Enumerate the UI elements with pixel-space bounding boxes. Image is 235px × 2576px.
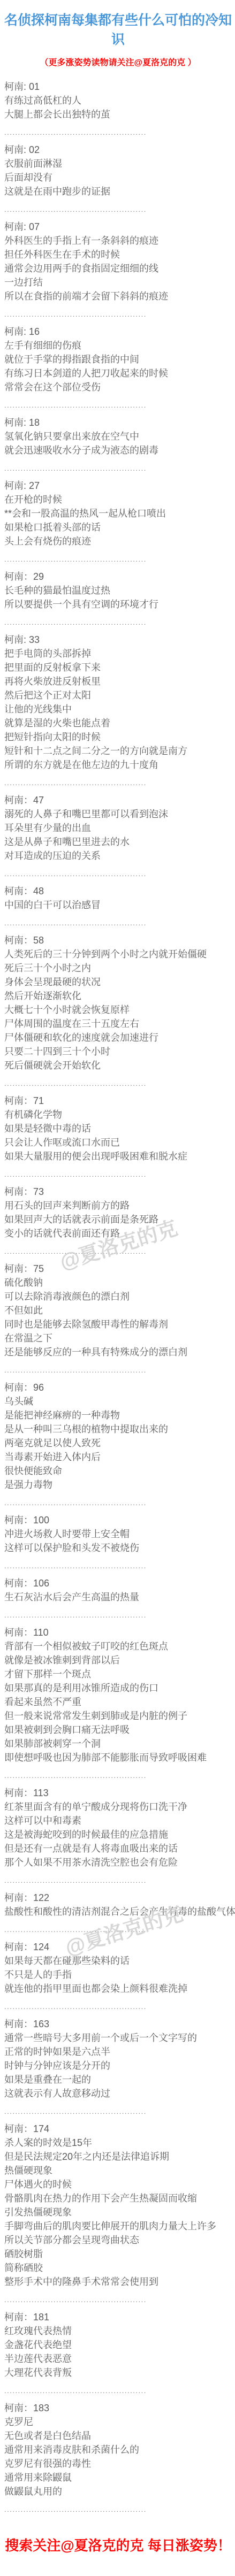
entry-line: 只会让人作呕或流口水而已	[4, 1136, 232, 1149]
entry-line: 是从一种叫三乌根的植物中提取出来的	[4, 1422, 232, 1436]
entry-line: 无色或者是白色结晶	[4, 2429, 232, 2443]
entry-label: 柯南: 07	[4, 220, 232, 234]
dotted-separator: ........................................…	[4, 1168, 232, 1182]
dotted-separator: ........................................…	[4, 616, 232, 630]
entry-line: 冲进火场救人时要带上安全帽	[4, 1527, 232, 1541]
entry-label: 柯南：106	[4, 1576, 232, 1590]
dotted-separator: ........................................…	[4, 867, 232, 881]
trivia-entry: 柯南：124如果每天都在碰那些染料的话不只是人的手指就连他的指甲里面也都会染上颜…	[4, 1940, 232, 2014]
entry-line: 长毛种的猫最怕温度过热	[4, 584, 232, 597]
entry-line: 如果那真的是利用冰锥所造成的伤口	[4, 1681, 232, 1695]
entry-label: 柯南：122	[4, 1891, 232, 1905]
entry-line: 就算是湿的火柴也能点着	[4, 716, 232, 730]
entry-line: 引发热僵硬现象	[4, 2205, 232, 2219]
entry-line: 中国的白干可以治感冒	[4, 898, 232, 912]
entry-line: **会和一股高温的热风一起从枪口喷出	[4, 507, 232, 520]
entry-line: 外科医生的手指上有一条斜斜的痕迹	[4, 234, 232, 248]
entry-line: 变小的话就代表前面还有路	[4, 1226, 232, 1240]
entry-line: 就像是被冰锥刺到背部以后	[4, 1653, 232, 1667]
entry-label: 柯南：71	[4, 1094, 232, 1108]
entry-label: 柯南: 27	[4, 479, 232, 493]
trivia-entry: 柯南：183克罗尼无色或者是白色结晶通常用来消毒皮肤和杀菌什么的克罗尼有很强的毒…	[4, 2401, 232, 2517]
entry-line: 有机磷化学物	[4, 1108, 232, 1122]
footer-banner: 搜索关注@夏洛克的克 每日涨姿势！	[4, 2535, 232, 2555]
entry-label: 柯南：75	[4, 1262, 232, 1276]
entry-line: 通常会边用两手的食指固定细细的线	[4, 262, 232, 275]
trivia-entry: 柯南：48中国的白干可以治感冒.........................…	[4, 884, 232, 930]
entry-line: 克罗尼有很强的毒性	[4, 2457, 232, 2471]
trivia-entry: 柯南：29长毛种的猫最怕温度过热所以要提供一个具有空调的环境才行........…	[4, 570, 232, 630]
entry-line: 整形手术中的隆鼻手术常常会使用到	[4, 2275, 232, 2289]
entry-line: 担任外科医生在手术的时候	[4, 248, 232, 262]
trivia-entry: 柯南: 16左手有细细的伤痕就位于手掌的拇指跟食指的中间有练习日本剑道的人把刀收…	[4, 325, 232, 412]
entry-line: 硒胶树脂	[4, 2247, 232, 2261]
entry-line: 通常用来消毒皮肤和杀菌什么的	[4, 2443, 232, 2457]
entry-line: 如果是重叠在一起的	[4, 2073, 232, 2087]
entry-line: 但是民法规定20年之内还是法律追诉期	[4, 2150, 232, 2164]
entry-label: 柯南：47	[4, 793, 232, 807]
entry-line: 这就是在雨中跑步的证据	[4, 185, 232, 198]
entry-label: 柯南：124	[4, 1940, 232, 1954]
entry-line: 才留下那样一个斑点	[4, 1667, 232, 1681]
trivia-entry: 柯南: 18氢氧化钠只要拿出来放在空气中就会迅速吸收水分子成为液态的剧毒....…	[4, 416, 232, 476]
entry-line: 然后把这个正对太阳	[4, 688, 232, 702]
entry-line: 有练过高低杠的人	[4, 94, 232, 108]
entry-line: 然后开始逐渐软化	[4, 989, 232, 1003]
entry-line: 这是被海蛇咬到的时候最佳的应急措施	[4, 1828, 232, 1842]
entry-line: 是强力毒物	[4, 1478, 232, 1492]
entry-line: 让他的光线集中	[4, 702, 232, 716]
dotted-separator: ........................................…	[4, 308, 232, 321]
trivia-entry: 柯南：174杀人案的时效是15年但是民法规定20年之内还是法律追诉期热僵硬现象尸…	[4, 2122, 232, 2307]
entry-line: 看起来虽然不严重	[4, 1695, 232, 1709]
trivia-entry: 柯南：110背部有一个相似被蚊子叮咬的红色斑点就像是被冰锥刺到背部以后才留下那样…	[4, 1626, 232, 1783]
trivia-entry: 柯南：113红茶里面含有的单宁酸成分现将伤口洗干净这样可以中和毒素这是被海蛇咬到…	[4, 1786, 232, 1888]
entry-line: 大理花代表背叛	[4, 2366, 232, 2380]
entry-line: 尸体周围的温度在三十五度左右	[4, 1017, 232, 1031]
entry-line: 红茶里面含有的单宁酸成分现将伤口洗干净	[4, 1800, 232, 1814]
entry-line: 人类死后的三十分钟到两个小时之内就开始僵硬	[4, 947, 232, 961]
entry-line: 正常的时钟如果是六点半	[4, 2045, 232, 2059]
entry-line: 对耳造成的压迫的关系	[4, 849, 232, 863]
entry-line: 就连他的指甲里面也都会染上颜料很难洗掉	[4, 1982, 232, 1996]
trivia-entry: 柯南：73用石头的回声来判断前方的路如果回声大的话就表示前面是条死路变小的话就代…	[4, 1185, 232, 1259]
trivia-entry: 柯南：100冲进火场救人时要带上安全帽这样可以保护脸和头发不被烧伤.......…	[4, 1513, 232, 1573]
entry-line: 热僵硬现象	[4, 2164, 232, 2178]
entry-line: 死后僵硬就会开始软化	[4, 1059, 232, 1072]
page-title: 名侦探柯南每集都有些什么可怕的冷知识	[4, 10, 232, 48]
entry-label: 柯南: 01	[4, 80, 232, 94]
dotted-separator: ........................................…	[4, 1363, 232, 1377]
entry-line: 即使想呼吸也因为肺部不能膨胀而导致呼吸困难	[4, 1751, 232, 1765]
dotted-separator: ........................................…	[4, 1608, 232, 1622]
entry-label: 柯南：29	[4, 570, 232, 584]
entry-line: 生石灰沾水后会产生高温的热量	[4, 1590, 232, 1604]
entry-line: 同时也是能够去除氢酸甲毒性的解毒剂	[4, 1317, 232, 1331]
conan-trivia-longimage: 名侦探柯南每集都有些什么可怕的冷知识 （更多涨姿势读物请关注@夏洛克的克 ） 柯…	[0, 0, 235, 2576]
entry-line: 在常温之下	[4, 1331, 232, 1345]
entry-line: 做鼹鼠丸用的	[4, 2485, 232, 2498]
entry-line: 再将火柴放进反射板里	[4, 674, 232, 688]
entry-line: 可以去除消毒液颜色的漂白剂	[4, 1290, 232, 1304]
entry-line: 死后三十个小时之内	[4, 961, 232, 975]
entry-line: 简称硒胶	[4, 2261, 232, 2275]
trivia-list: 柯南: 01有练过高低杠的人大腿上都会长出独特的茧...............…	[4, 80, 232, 2517]
dotted-separator: ........................................…	[4, 462, 232, 476]
entry-line: 克罗尼	[4, 2415, 232, 2429]
entry-line: 但是还有一点就是有人将毒血吸出来的话	[4, 1842, 232, 1856]
entry-line: 大概七十个小时就会恢复原样	[4, 1003, 232, 1017]
entry-label: 柯南：48	[4, 884, 232, 898]
trivia-entry: 柯南: 07外科医生的手指上有一条斜斜的痕迹担任外科医生在手术的时候通常会边用两…	[4, 220, 232, 321]
trivia-entry: 柯南: 33把手电筒的头部拆掉把里面的反射板拿下来再将火柴放进反射板里然后把这个…	[4, 633, 232, 790]
entry-line: 如果是轻微中毒的话	[4, 1122, 232, 1136]
entry-label: 柯南：174	[4, 2122, 232, 2136]
dotted-separator: ........................................…	[4, 553, 232, 566]
entry-line: 杀人案的时效是15年	[4, 2136, 232, 2150]
entry-line: 衣服前面淋湿	[4, 157, 232, 171]
dotted-separator: ........................................…	[4, 2384, 232, 2398]
entry-line: 常常会在这个部位受伤	[4, 380, 232, 394]
entry-line: 就会迅速吸收水分子成为液态的剧毒	[4, 443, 232, 457]
entry-line: 背部有一个相似被蚊子叮咬的红色斑点	[4, 1639, 232, 1653]
dotted-separator: ........................................…	[4, 916, 232, 930]
entry-line: 这样可以保护脸和头发不被烧伤	[4, 1541, 232, 1555]
entry-line: 在开枪的时候	[4, 493, 232, 507]
entry-line: 只要二十四到三十个小时	[4, 1045, 232, 1059]
entry-line: 半边莲代表恶意	[4, 2352, 232, 2366]
trivia-entry: 柯南：75硫化酸钠可以去除消毒液颜色的漂白剂不但如此同时也是能够去除氢酸甲毒性的…	[4, 1262, 232, 1377]
entry-line: 但一般来说常常发生刺到肺或是内脏的例子	[4, 1709, 232, 1723]
entry-line: 把短针指向太阳的时候	[4, 730, 232, 744]
entry-line: 金盏花代表绝望	[4, 2338, 232, 2352]
entry-line: 有练习日本剑道的人把刀收起来的时候	[4, 366, 232, 380]
entry-line: 这是从鼻子和嘴巴里进去的水	[4, 835, 232, 849]
entry-line: 用石头的回声来判断前方的路	[4, 1199, 232, 1213]
entry-line: 如果被刺到会胸口痛无法呼吸	[4, 1723, 232, 1737]
entry-line: 骨骼肌肉在热力的作用下会产生热凝固而收缩	[4, 2191, 232, 2205]
trivia-entry: 柯南：122盐酸性和酸性的清洁剂混合之后会产生有毒的盐酸气体..........…	[4, 1891, 232, 1937]
entry-line: 耳朵里有少量的出血	[4, 821, 232, 835]
entry-label: 柯南：110	[4, 1626, 232, 1639]
entry-line: 左手有细细的伤痕	[4, 339, 232, 352]
entry-line: 两毫克就足以使人致死	[4, 1436, 232, 1450]
entry-line: 溺死的人鼻子和嘴巴里都可以看到泡沫	[4, 807, 232, 821]
dotted-separator: ........................................…	[4, 2000, 232, 2014]
dotted-separator: ........................................…	[4, 2105, 232, 2119]
entry-line: 那个人如果不用茶水清洗空腔也会有危险	[4, 1856, 232, 1869]
trivia-entry: 柯南：106生石灰沾水后会产生高温的热量....................…	[4, 1576, 232, 1622]
entry-line: 如果大量服用的便会出现呼吸困难和脱水症	[4, 1149, 232, 1163]
entry-line: 身体会呈现最硬的状况	[4, 975, 232, 989]
dotted-separator: ........................................…	[4, 1559, 232, 1573]
dotted-separator: ........................................…	[4, 2503, 232, 2517]
entry-line: 不但如此	[4, 1304, 232, 1317]
entry-line: 是能把神经麻痹的一种毒物	[4, 1408, 232, 1422]
entry-line: 还是能够反应的一种具有特殊成分的漂白剂	[4, 1345, 232, 1359]
entry-label: 柯南: 02	[4, 143, 232, 157]
trivia-entry: 柯南：181红玫瑰代表热情金盏花代表绝望半边莲代表恶意大理花代表背叛......…	[4, 2310, 232, 2398]
dotted-separator: ........................................…	[4, 776, 232, 790]
trivia-entry: 柯南：163通常一些暗号大多用前一个或后一个文字写的正常的时钟如果是六点半时钟与…	[4, 2017, 232, 2119]
entry-label: 柯南：58	[4, 933, 232, 947]
trivia-entry: 柯南：58人类死后的三十分钟到两个小时之内就开始僵硬死后三十个小时之内身体会呈现…	[4, 933, 232, 1091]
dotted-separator: ........................................…	[4, 1874, 232, 1888]
entry-line: 尸体遇火的时候	[4, 2178, 232, 2191]
entry-line: 如果枪口抵着头部的话	[4, 520, 232, 534]
entry-label: 柯南：73	[4, 1185, 232, 1199]
entry-line: 把里面的反射板拿下来	[4, 661, 232, 674]
entry-label: 柯南：181	[4, 2310, 232, 2324]
dotted-separator: ........................................…	[4, 1923, 232, 1937]
trivia-entry: 柯南: 27在开枪的时候**会和一股高温的热风一起从枪口喷出如果枪口抵着头部的话…	[4, 479, 232, 566]
entry-label: 柯南：163	[4, 2017, 232, 2031]
entry-line: 尸体僵硬和软化的速度就会加速进行	[4, 1031, 232, 1045]
entry-line: 时钟与分钟应该是分开的	[4, 2059, 232, 2073]
entry-line: 乌头碱	[4, 1394, 232, 1408]
trivia-entry: 柯南：96乌头碱是能把神经麻痹的一种毒物是从一种叫三乌根的植物中提取出来的两毫克…	[4, 1381, 232, 1510]
entry-line: 通常用来除鼹鼠	[4, 2471, 232, 2485]
entry-line: 短针和十二点之间二分之一的方向就是南方	[4, 744, 232, 758]
dotted-separator: ........................................…	[4, 398, 232, 412]
entry-label: 柯南：113	[4, 1786, 232, 1800]
entry-line: 大腿上都会长出独特的茧	[4, 108, 232, 121]
entry-line: 盐酸性和酸性的清洁剂混合之后会产生有毒的盐酸气体	[4, 1905, 232, 1919]
entry-line: 所以要提供一个具有空调的环境才行	[4, 597, 232, 611]
entry-label: 柯南：96	[4, 1381, 232, 1394]
entry-label: 柯南: 18	[4, 416, 232, 430]
page-subtitle: （更多涨姿势读物请关注@夏洛克的克 ）	[4, 56, 232, 68]
entry-line: 头上会有烧伤的痕迹	[4, 534, 232, 548]
entry-line: 不只是人的手指	[4, 1968, 232, 1982]
dotted-separator: ........................................…	[4, 1496, 232, 1510]
entry-label: 柯南: 33	[4, 633, 232, 647]
entry-line: 硫化酸钠	[4, 1276, 232, 1290]
dotted-separator: ........................................…	[4, 2293, 232, 2307]
entry-label: 柯南：100	[4, 1513, 232, 1527]
dotted-separator: ........................................…	[4, 126, 232, 140]
entry-label: 柯南：183	[4, 2401, 232, 2415]
entry-line: 一边打结	[4, 275, 232, 289]
entry-line: 如果肺部被刺穿一个洞	[4, 1737, 232, 1751]
entry-line: 后面却没有	[4, 171, 232, 185]
entry-line: 当毒素开始进入体内后	[4, 1450, 232, 1464]
entry-line: 很快便能致命	[4, 1464, 232, 1478]
entry-line: 就位于手掌的拇指跟食指的中间	[4, 352, 232, 366]
trivia-entry: 柯南：71有机磷化学物如果是轻微中毒的话只会让人作呕或流口水而已如果大量服用的便…	[4, 1094, 232, 1182]
entry-line: 手脚弯曲后的肌肉要比伸展开的肌肉力量大上许多	[4, 2219, 232, 2233]
trivia-entry: 柯南: 01有练过高低杠的人大腿上都会长出独特的茧...............…	[4, 80, 232, 140]
entry-line: 通常一些暗号大多用前一个或后一个文字写的	[4, 2031, 232, 2045]
entry-label: 柯南: 16	[4, 325, 232, 339]
dotted-separator: ........................................…	[4, 1769, 232, 1783]
dotted-separator: ........................................…	[4, 203, 232, 217]
entry-line: 如果回声大的话就表示前面是条死路	[4, 1213, 232, 1226]
trivia-entry: 柯南：47溺死的人鼻子和嘴巴里都可以看到泡沫耳朵里有少量的出血这是从鼻子和嘴巴里…	[4, 793, 232, 881]
dotted-separator: ........................................…	[4, 1245, 232, 1259]
entry-line: 如果每天都在碰那些染料的话	[4, 1954, 232, 1968]
entry-line: 这就表示有人故意移动过	[4, 2087, 232, 2100]
entry-line: 把手电筒的头部拆掉	[4, 647, 232, 661]
trivia-entry: 柯南: 02衣服前面淋湿后面却没有这就是在雨中跑步的证据............…	[4, 143, 232, 217]
entry-line: 所以关节部分都会呈现弯曲状态	[4, 2233, 232, 2247]
dotted-separator: ........................................…	[4, 1077, 232, 1091]
entry-line: 这样可以中和毒素	[4, 1814, 232, 1828]
entry-line: 氢氧化钠只要拿出来放在空气中	[4, 430, 232, 443]
entry-line: 所谓的东方就是在他左边的九十度角	[4, 758, 232, 772]
entry-line: 红玫瑰代表热情	[4, 2324, 232, 2338]
entry-line: 所以在食指的前端才会留下斜斜的痕迹	[4, 289, 232, 303]
